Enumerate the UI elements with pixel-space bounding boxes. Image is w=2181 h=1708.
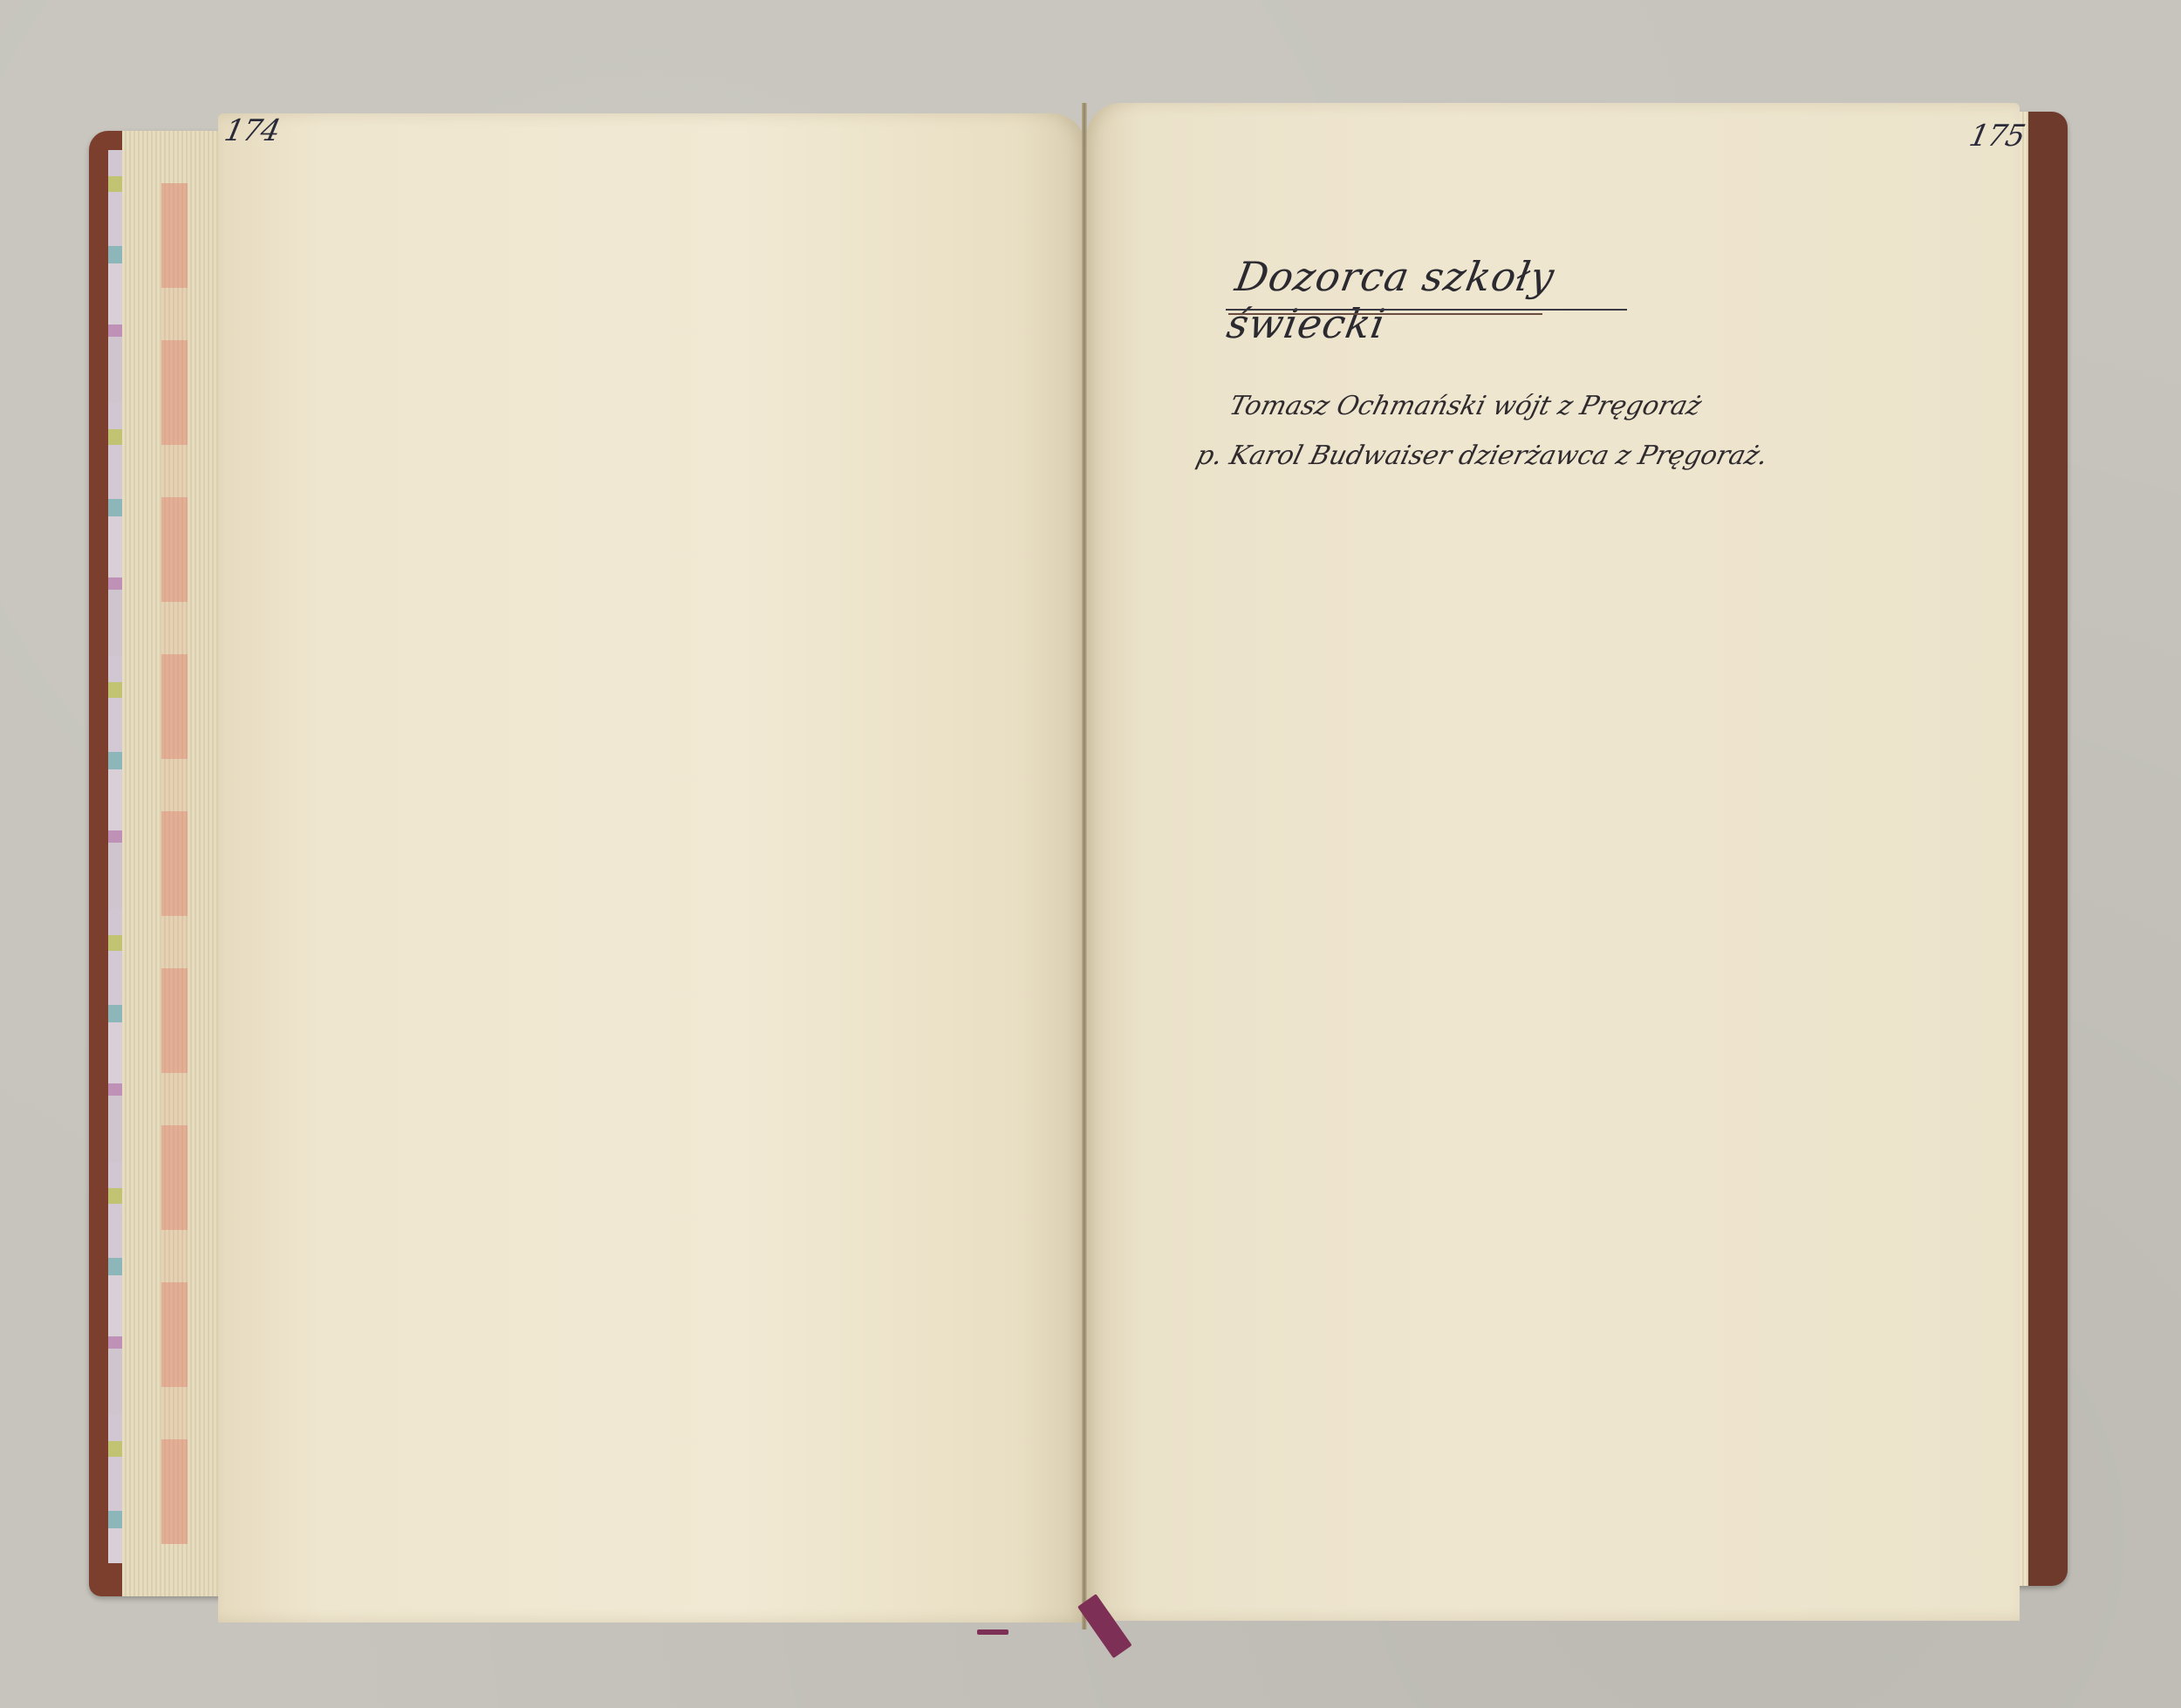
bookmark-ribbon-end (977, 1629, 1008, 1635)
left-page (218, 113, 1086, 1623)
right-page-number: 175 (1966, 119, 2027, 154)
entry-line: p. Karol Budwaiser dzierżawca z Pręgoraż… (1193, 441, 1771, 471)
entry-line: Tomasz Ochmański wójt z Pręgoraż (1227, 391, 1705, 421)
book-gutter (1082, 103, 1087, 1629)
red-edge-stain (161, 183, 188, 1544)
heading-underline-secondary (1228, 313, 1542, 315)
page-stack-edge-left (122, 131, 227, 1596)
heading-underline (1226, 309, 1627, 311)
left-page-number: 174 (222, 113, 283, 148)
page-heading: Dozorca szkoły świecki (1223, 253, 1693, 347)
